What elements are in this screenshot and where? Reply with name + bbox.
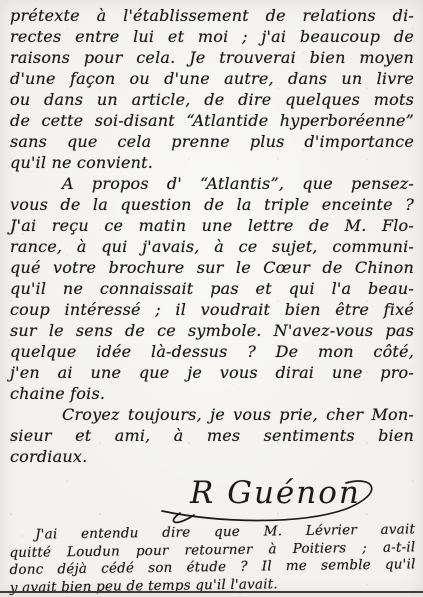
paragraph-1: prétexte à l'établissement de relations … [10,5,414,173]
letter-line: ou dans un article, de dire quelques mot… [10,89,414,110]
letter-line: sans que cela prenne plus d'importance [10,131,414,152]
signature-graphic: R Guénon [150,465,410,525]
letter-body: prétexte à l'établissement de relations … [10,5,414,467]
letter-line: coup intéressé ; il voudrait bien être f… [10,299,414,320]
letter-line: d'une façon ou d'une autre, dans un livr… [10,68,414,89]
letter-line: quelque idée là-dessus ? De mon côté, [10,341,414,362]
letter-line: rectes entre lui et moi ; j'ai beaucoup … [10,26,414,47]
paragraph-closing: Croyez toujours, je vous prie, cher Mon-… [10,404,414,467]
letter-line: chaine fois. [10,383,414,404]
letter-line: Croyez toujours, je vous prie, cher Mon- [10,404,414,425]
letter-line: sieur et ami, à mes sentiments bien [10,425,414,446]
scanned-letter-page: prétexte à l'établissement de relations … [0,0,423,597]
letter-line: qu'il ne connaissait pas et qui l'a beau… [10,278,414,299]
letter-line: qu'il ne convient. [10,152,414,173]
letter-line: A propos d' “Atlantis”, que pensez- [10,173,414,194]
letter-line: vous de la question de la triple enceint… [10,194,414,215]
paragraph-2: A propos d' “Atlantis”, que pensez- vous… [10,173,414,404]
letter-line: qué votre brochure sur le Cœur de Chinon [10,257,414,278]
letter-line: rance, à qui j'avais, à ce sujet, commun… [10,236,414,257]
signature-text: R Guénon [189,475,361,511]
letter-line: raisons pour cela. Je trouverai bien moy… [10,47,414,68]
letter-line: sur le sens de ce symbole. N'avez-vous p… [10,320,414,341]
letter-line: j'en ai une que je vous dirai une pro- [10,362,414,383]
letter-line: prétexte à l'établissement de relations … [10,5,414,26]
postscript: J'ai entendu dire que M. Lévrier avait q… [9,521,416,597]
letter-line: cordiaux. [10,446,414,467]
letter-line: de cette soi-disant “Atlantide hyperboré… [10,110,414,131]
letter-line: J'ai reçu ce matin une lettre de M. Flo- [10,215,414,236]
scan-edge-artifact [0,591,423,593]
signature: R Guénon [150,465,410,525]
